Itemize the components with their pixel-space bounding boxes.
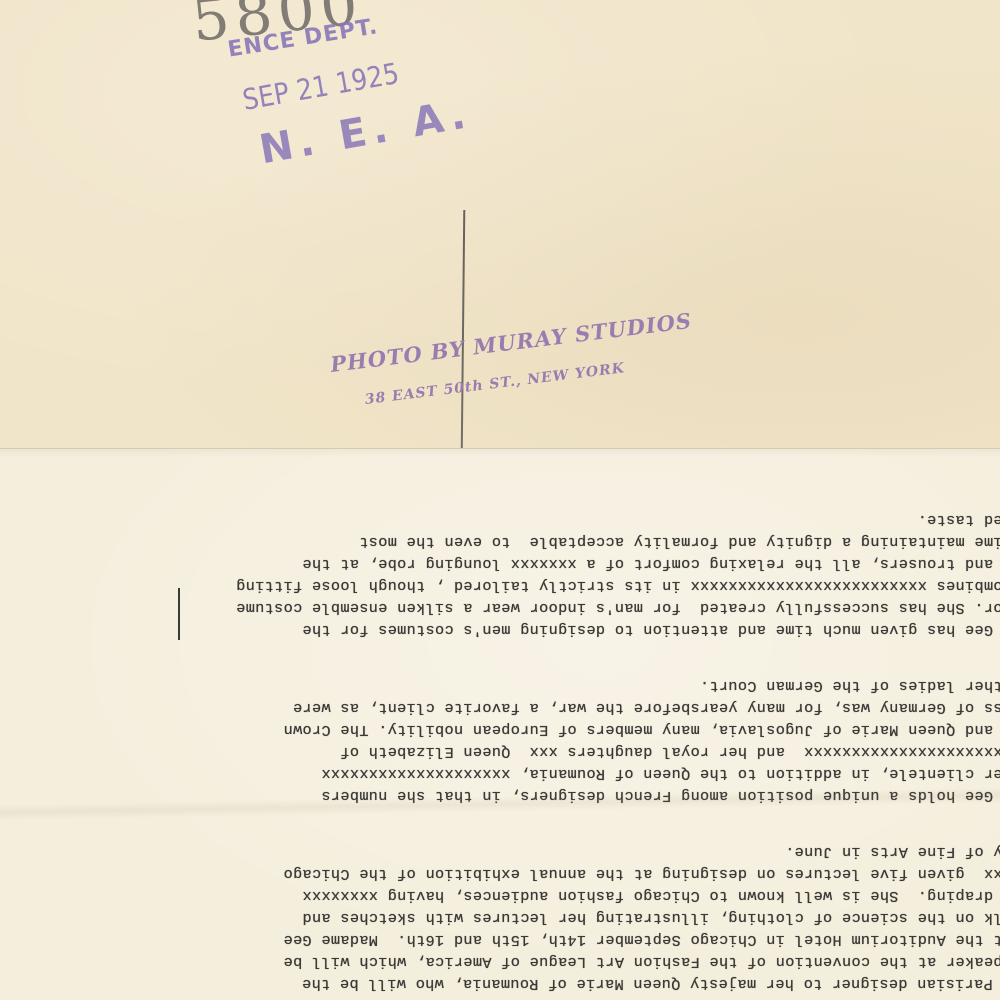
caption-line: Gee, Parisian designer to her majesty Qu… [302,975,1000,993]
photo-back: 5800 ENCE DEPT. SEP 21 1925 N. E. A. PHO… [0,0,1000,452]
caption-line: ior. She has successfully created for ma… [236,599,1000,617]
caption-line: ess of Germany was, for many yearsbefore… [293,699,1000,717]
caption-line: combines xxxxxxxxxxxxxxxxxxxxxxxxx in it… [236,577,1000,595]
caption-line: e draping. She is well known to Chicago … [302,887,1000,905]
caption-line: alk on the science of clothing, illustra… [302,909,1000,927]
typed-caption-body: Gee, Parisian designer to her majesty Qu… [0,449,1000,1000]
pencil-line [461,210,466,455]
caption-line: her clientele, in addition to the Queen … [321,765,1000,783]
caption-line: e Gee has given much time and attention … [302,621,1000,639]
caption-line: red taste. [917,511,1000,529]
pen-mark [178,588,180,640]
caption-line: xxxxxxxxxxxxxxxxxxxxxx and her royal dau… [340,743,1000,761]
caption-line: speaker at the convention of the Fashion… [283,953,1000,971]
studio-stamp-name: PHOTO BY MURAY STUDIOS [329,308,693,377]
caption-line: other ladies of the German Court. [700,677,1000,695]
caption-line: time maintaining a dignity and formality… [359,533,1000,551]
typed-caption-sheet: Gee, Parisian designer to her majesty Qu… [0,448,1000,1000]
caption-line: at the Auditorium Hotel in Chicago Septe… [283,931,1000,949]
caption-line: e and Queen Marie of Jugoslavia, many me… [283,721,1000,739]
caption-line: t and trousers, all the relaxing comfort… [302,555,1000,573]
caption-line: xxx given five lectures on designing at … [283,865,1000,883]
caption-line: my of Fine Arts in June. [785,843,1000,861]
